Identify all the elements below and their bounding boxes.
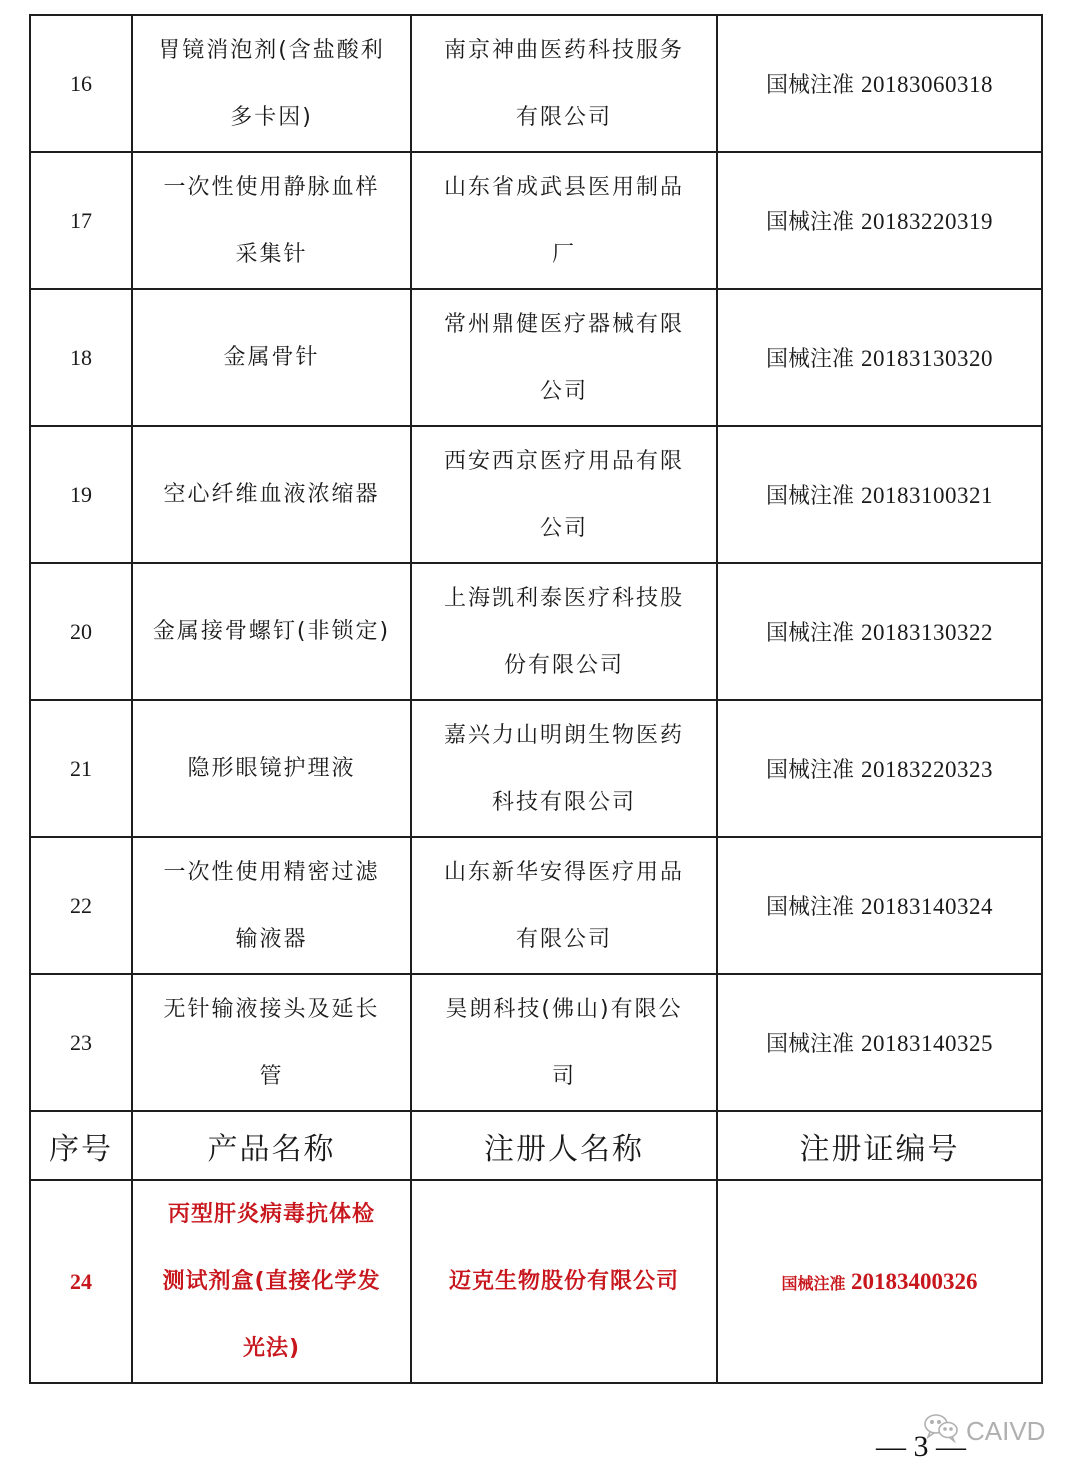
reg-digits: 20183060318 — [861, 72, 993, 97]
registrant-line: 上海凯利泰医疗科技股 — [418, 565, 710, 632]
table-row: 19 空心纤维血液浓缩器 西安西京医疗用品有限 公司 国械注准 20183100… — [30, 426, 1042, 563]
registrant-name: 上海凯利泰医疗科技股 份有限公司 — [411, 563, 717, 700]
reg-prefix: 国械注准 — [766, 73, 854, 98]
row-index: 18 — [30, 289, 132, 426]
registrant-name: 山东新华安得医疗用品 有限公司 — [411, 837, 717, 974]
product-name-line: 管 — [139, 1043, 404, 1110]
registration-number: 国械注准 20183130322 — [717, 563, 1042, 700]
registrant-line: 昊朗科技(佛山)有限公 — [418, 976, 710, 1043]
registrant-name: 迈克生物股份有限公司 — [411, 1180, 717, 1383]
header-registration-no: 注册证编号 — [717, 1111, 1042, 1180]
product-name-line: 一次性使用静脉血样 — [139, 154, 404, 221]
reg-prefix: 国械注准 — [766, 347, 854, 372]
product-name-line: 空心纤维血液浓缩器 — [139, 461, 404, 528]
registrant-line: 份有限公司 — [418, 632, 710, 699]
registrant-line: 有限公司 — [418, 84, 710, 151]
product-name-line: 胃镜消泡剂(含盐酸利 — [139, 17, 404, 84]
table-row: 16 胃镜消泡剂(含盐酸利 多卡因) 南京神曲医药科技服务 有限公司 国械注准 … — [30, 15, 1042, 152]
table-row: 17 一次性使用静脉血样 采集针 山东省成武县医用制品 厂 国械注准 20183… — [30, 152, 1042, 289]
registrant-name: 南京神曲医药科技服务 有限公司 — [411, 15, 717, 152]
registrant-line: 嘉兴力山明朗生物医药 — [418, 702, 710, 769]
product-name: 一次性使用静脉血样 采集针 — [132, 152, 411, 289]
registration-number: 国械注准 20183140325 — [717, 974, 1042, 1111]
row-index: 22 — [30, 837, 132, 974]
header-product-name: 产品名称 — [132, 1111, 411, 1180]
registration-number: 国械注准 20183220319 — [717, 152, 1042, 289]
reg-prefix: 国械注准 — [766, 758, 854, 783]
reg-prefix: 国械注准 — [766, 1032, 854, 1057]
registration-number: 国械注准 20183400326 — [717, 1180, 1042, 1383]
product-name-line: 金属骨针 — [139, 324, 404, 391]
row-index: 17 — [30, 152, 132, 289]
row-index: 23 — [30, 974, 132, 1111]
reg-digits: 20183140325 — [861, 1031, 993, 1056]
reg-digits: 20183140324 — [861, 894, 993, 919]
registrant-name: 西安西京医疗用品有限 公司 — [411, 426, 717, 563]
product-name: 无针输液接头及延长 管 — [132, 974, 411, 1111]
reg-prefix: 国械注准 — [766, 210, 854, 235]
registrant-line: 有限公司 — [418, 906, 710, 973]
reg-prefix: 国械注准 — [781, 1274, 845, 1293]
watermark-text: CAIVD — [966, 1416, 1045, 1447]
header-registrant-name: 注册人名称 — [411, 1111, 717, 1180]
registrant-line: 迈克生物股份有限公司 — [418, 1248, 710, 1315]
row-index: 16 — [30, 15, 132, 152]
product-name-line: 隐形眼镜护理液 — [139, 735, 404, 802]
reg-prefix: 国械注准 — [766, 621, 854, 646]
reg-prefix: 国械注准 — [766, 484, 854, 509]
row-index: 24 — [30, 1180, 132, 1383]
registration-number: 国械注准 20183060318 — [717, 15, 1042, 152]
product-name: 胃镜消泡剂(含盐酸利 多卡因) — [132, 15, 411, 152]
product-name-line: 测试剂盒(直接化学发 — [139, 1248, 404, 1315]
registrant-line: 公司 — [418, 358, 710, 425]
registrant-line: 南京神曲医药科技服务 — [418, 17, 710, 84]
registrant-name: 山东省成武县医用制品 厂 — [411, 152, 717, 289]
reg-digits: 20183400326 — [851, 1269, 978, 1294]
product-name: 一次性使用精密过滤 输液器 — [132, 837, 411, 974]
header-index: 序号 — [30, 1111, 132, 1180]
product-name-line: 一次性使用精密过滤 — [139, 839, 404, 906]
row-index: 20 — [30, 563, 132, 700]
product-name-line: 采集针 — [139, 221, 404, 288]
registrant-line: 科技有限公司 — [418, 769, 710, 836]
product-name-line: 金属接骨螺钉(非锁定) — [139, 598, 404, 665]
table-row: 23 无针输液接头及延长 管 昊朗科技(佛山)有限公 司 国械注准 201831… — [30, 974, 1042, 1111]
reg-digits: 20183100321 — [861, 483, 993, 508]
registration-number: 国械注准 20183130320 — [717, 289, 1042, 426]
registrant-line: 山东省成武县医用制品 — [418, 154, 710, 221]
table-row: 21 隐形眼镜护理液 嘉兴力山明朗生物医药 科技有限公司 国械注准 201832… — [30, 700, 1042, 837]
table-header-row: 序号 产品名称 注册人名称 注册证编号 — [30, 1111, 1042, 1180]
reg-prefix: 国械注准 — [766, 895, 854, 920]
registration-number: 国械注准 20183220323 — [717, 700, 1042, 837]
product-name: 隐形眼镜护理液 — [132, 700, 411, 837]
registration-table: 16 胃镜消泡剂(含盐酸利 多卡因) 南京神曲医药科技服务 有限公司 国械注准 … — [29, 14, 1043, 1384]
reg-digits: 20183130322 — [861, 620, 993, 645]
product-name: 丙型肝炎病毒抗体检 测试剂盒(直接化学发 光法) — [132, 1180, 411, 1383]
row-index: 21 — [30, 700, 132, 837]
table-row: 20 金属接骨螺钉(非锁定) 上海凯利泰医疗科技股 份有限公司 国械注准 201… — [30, 563, 1042, 700]
registrant-line: 西安西京医疗用品有限 — [418, 428, 710, 495]
table-row: 22 一次性使用精密过滤 输液器 山东新华安得医疗用品 有限公司 国械注准 20… — [30, 837, 1042, 974]
product-name-line: 多卡因) — [139, 84, 404, 151]
page-number: — 3 — — [876, 1430, 966, 1464]
registrant-name: 常州鼎健医疗器械有限 公司 — [411, 289, 717, 426]
reg-digits: 20183220323 — [861, 757, 993, 782]
registrant-line: 公司 — [418, 495, 710, 562]
registrant-name: 昊朗科技(佛山)有限公 司 — [411, 974, 717, 1111]
reg-digits: 20183130320 — [861, 346, 993, 371]
reg-digits: 20183220319 — [861, 209, 993, 234]
product-name-line: 光法) — [139, 1315, 404, 1382]
registration-number: 国械注准 20183100321 — [717, 426, 1042, 563]
registrant-line: 山东新华安得医疗用品 — [418, 839, 710, 906]
registrant-line: 常州鼎健医疗器械有限 — [418, 291, 710, 358]
product-name-line: 输液器 — [139, 906, 404, 973]
registration-number: 国械注准 20183140324 — [717, 837, 1042, 974]
row-index: 19 — [30, 426, 132, 563]
product-name: 金属接骨螺钉(非锁定) — [132, 563, 411, 700]
highlighted-table-row: 24 丙型肝炎病毒抗体检 测试剂盒(直接化学发 光法) 迈克生物股份有限公司 国… — [30, 1180, 1042, 1383]
table-row: 18 金属骨针 常州鼎健医疗器械有限 公司 国械注准 20183130320 — [30, 289, 1042, 426]
product-name: 金属骨针 — [132, 289, 411, 426]
product-name: 空心纤维血液浓缩器 — [132, 426, 411, 563]
registrant-name: 嘉兴力山明朗生物医药 科技有限公司 — [411, 700, 717, 837]
registrant-line: 厂 — [418, 221, 710, 288]
product-name-line: 无针输液接头及延长 — [139, 976, 404, 1043]
registrant-line: 司 — [418, 1043, 710, 1110]
product-name-line: 丙型肝炎病毒抗体检 — [139, 1181, 404, 1248]
